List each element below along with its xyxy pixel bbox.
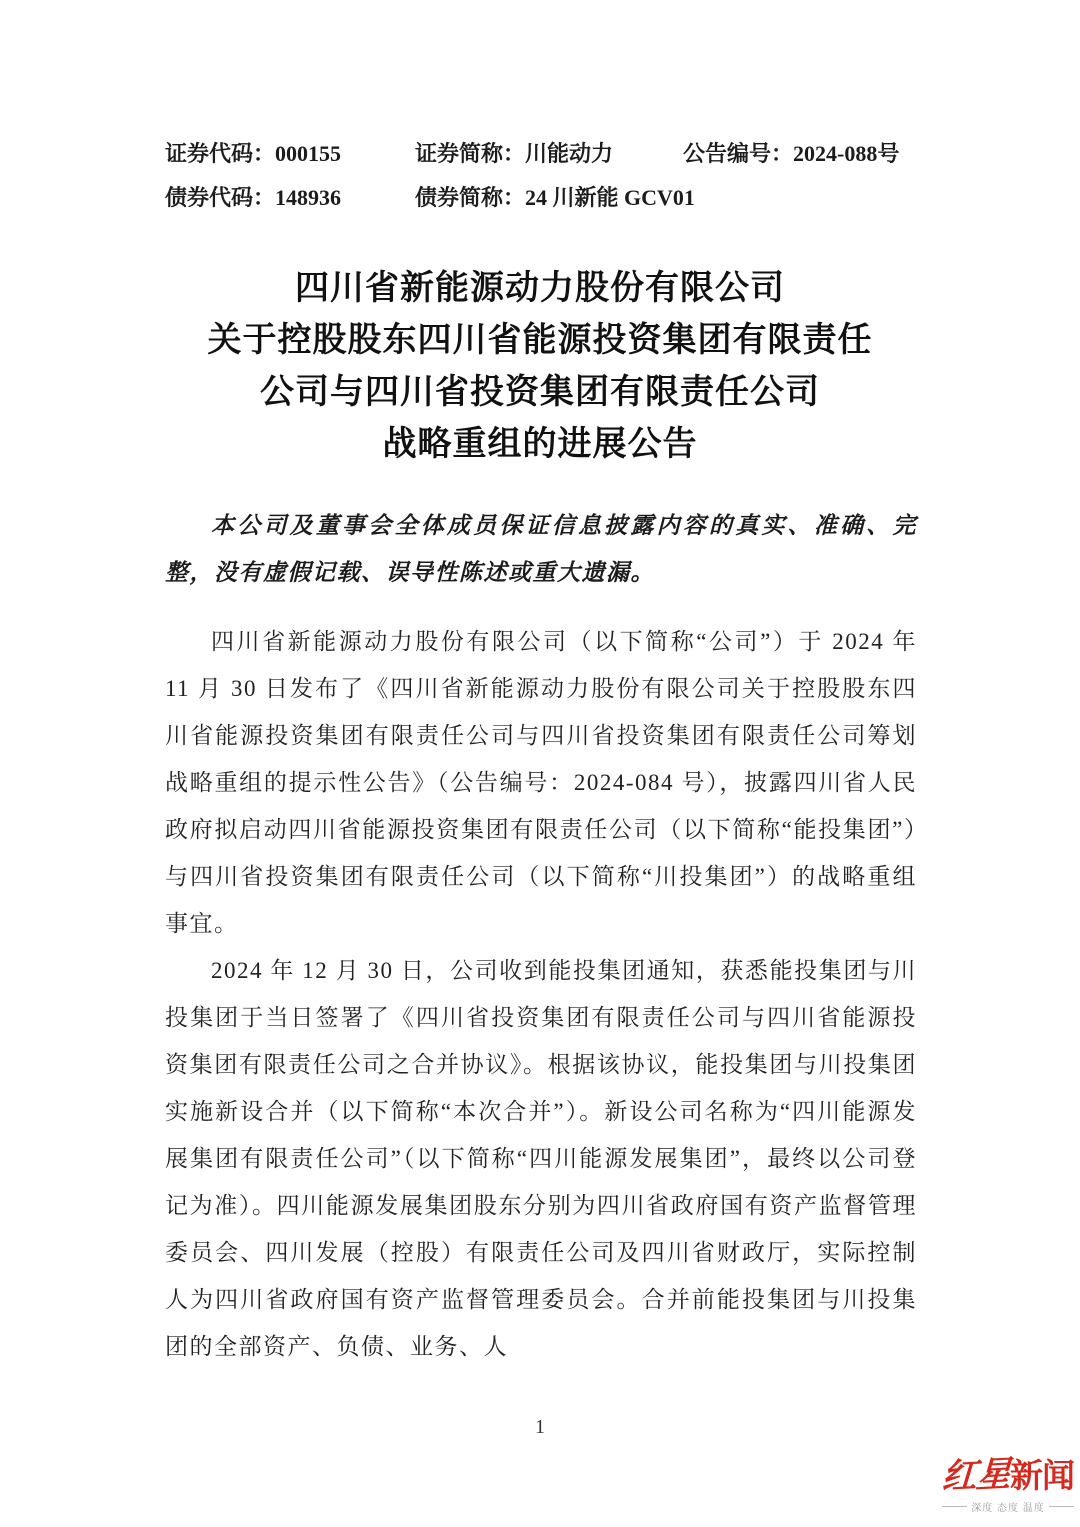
board-declaration: 本公司及董事会全体成员保证信息披露内容的真实、准确、完整，没有虚假记载、误导性陈… [165,502,917,596]
body-paragraph-2: 2024 年 12 月 30 日，公司收到能投集团通知，获悉能投集团与川投集团于… [165,947,917,1370]
stock-code-row: 证券代码：000155 证券简称：川能动力 公告编号：2024-088号 [165,130,915,174]
logo-tagline: 深度 态度 温度 [971,1499,1045,1514]
title-line-4: 战略重组的进展公告 [0,418,1080,470]
title-line-2: 关于控股股东四川省能源投资集团有限责任 [0,314,1080,366]
bond-code-row: 债券代码：148936 债券简称：24 川新能 GCV01 [165,174,915,218]
security-codes-header: 证券代码：000155 证券简称：川能动力 公告编号：2024-088号 债券代… [165,130,915,218]
body-paragraph-1: 四川省新能源动力股份有限公司（以下简称“公司”）于 2024 年 11 月 30… [165,618,917,947]
announcement-number: 公告编号：2024-088号 [683,137,915,168]
logo-tagline-row: 深度 态度 温度 [942,1499,1074,1514]
announcement-body: 四川省新能源动力股份有限公司（以下简称“公司”）于 2024 年 11 月 30… [165,618,917,1370]
red-star-news-logo: 红星新闻 深度 态度 温度 [942,1456,1074,1514]
bond-short-name: 债券简称：24 川新能 GCV01 [415,181,683,212]
announcement-page: 证券代码：000155 证券简称：川能动力 公告编号：2024-088号 债券代… [0,0,1080,1527]
brand-script-text: 红星 [941,1454,1011,1498]
title-line-3: 公司与四川省投资集团有限责任公司 [0,366,1080,418]
tagline-right-rule [1049,1506,1074,1507]
stock-short-name: 证券简称：川能动力 [415,137,683,168]
document-title: 四川省新能源动力股份有限公司 关于控股股东四川省能源投资集团有限责任 公司与四川… [0,262,1080,470]
tagline-left-rule [942,1506,967,1507]
bond-code: 债券代码：148936 [165,181,415,212]
page-number: 1 [0,1416,1080,1439]
stock-code: 证券代码：000155 [165,137,415,168]
red-star-news-wordmark: 红星新闻 [942,1456,1074,1496]
title-line-1: 四川省新能源动力股份有限公司 [0,262,1080,314]
brand-block-text: 新闻 [1010,1457,1074,1494]
